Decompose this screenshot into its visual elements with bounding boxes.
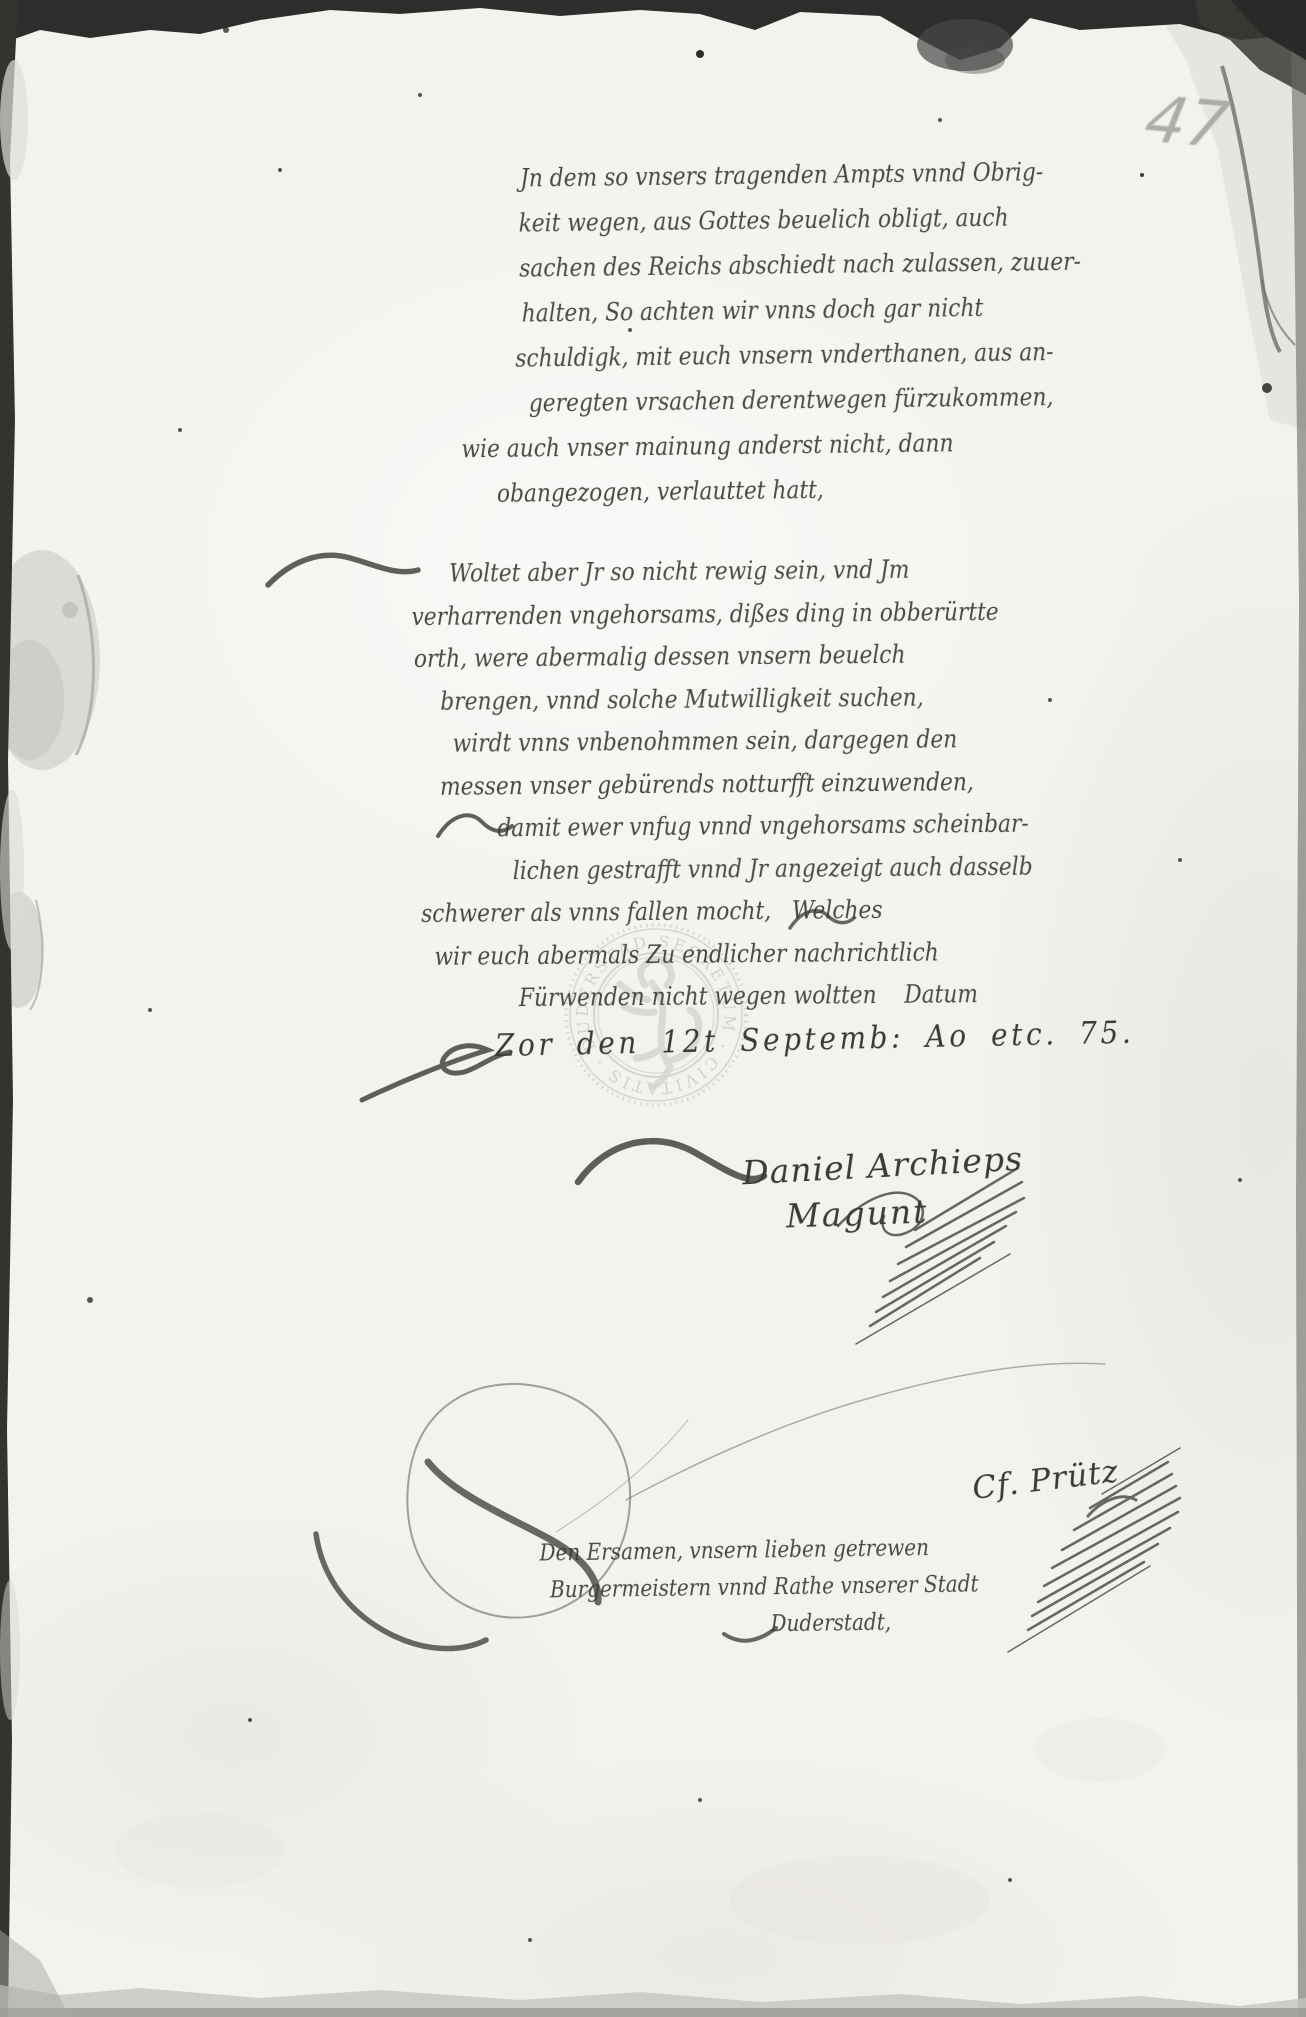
handwritten-line: damit ewer vnfug vnnd vngehorsams schein… xyxy=(497,803,1030,850)
handwritten-line: wie auch vnser mainung anderst nicht, da… xyxy=(461,419,1075,471)
handwritten-line: brengen, vnnd solche Mutwilligkeit suche… xyxy=(440,675,1022,723)
address-line: Duderstadt, xyxy=(770,1603,1008,1643)
handwritten-line: schwerer als vnns fallen mocht, Welches xyxy=(421,888,1021,936)
handwritten-line: Jn dem so vnsers tragenden Ampts vnnd Ob… xyxy=(520,149,1080,201)
handwritten-line: lichen gestrafft vnnd Jr angezeigt auch … xyxy=(513,845,1033,892)
handwritten-line: Woltet aber Jr so nicht rewig sein, vnd … xyxy=(449,548,1022,595)
handwritten-line: wir euch abermals Zu endlicher nachricht… xyxy=(434,930,1023,978)
handwritten-line: Fürwenden nicht wegen woltten Datum xyxy=(519,973,1035,1020)
handwritten-line: halten, So achten wir vnns doch gar nich… xyxy=(521,284,1081,336)
handwritten-line: wirdt vnns vnbenohmmen sein, dargegen de… xyxy=(452,718,1024,765)
handwritten-line: messen vnser gebürends notturfft einzuwe… xyxy=(440,760,1023,808)
handwritten-line: geregten vrsachen derentwegen fürzukomme… xyxy=(529,374,1084,426)
handwritten-line: verharrenden vngehorsams, dißes ding in … xyxy=(411,590,1017,638)
handwritten-line: schuldigk, mit euch vnsern vnderthanen, … xyxy=(515,329,1082,381)
handwritten-line: keit wegen, aus Gottes beuelich obligt, … xyxy=(518,194,1080,246)
flourish-dateline-swash xyxy=(362,1046,510,1100)
signature-see: Magunt xyxy=(785,1192,929,1236)
paragraph-2: Woltet aber Jr so nicht rewig sein, vnd … xyxy=(411,547,1112,1021)
handwritten-line: sachen des Reichs abschiedt nach zulasse… xyxy=(519,239,1081,291)
address-line: Den Ersamen, vnsern lieben getrewen xyxy=(539,1529,977,1572)
address-block: Den Ersamen, vnsern lieben getrewen Burg… xyxy=(539,1528,1043,1646)
manuscript-page: SECRETUM · CIVITATIS · DUDERSTADENSIS xyxy=(0,0,1306,2017)
handwritten-line: orth, were abermalig dessen vnsern beuel… xyxy=(414,633,1019,681)
torn-top-edge xyxy=(0,0,1306,60)
address-line: Burgermeistern vnnd Rathe vnserer Stadt xyxy=(550,1566,979,1609)
paragraph-1: Jn dem so vnsers tragenden Ampts vnnd Ob… xyxy=(458,148,1168,517)
flourish-paragraph2-lead xyxy=(268,555,418,585)
handwritten-line: obangezogen, verlauttet hatt, xyxy=(497,464,1081,516)
flourish-signature-swash xyxy=(578,1141,764,1182)
bottom-left-corner-shadow xyxy=(0,1930,70,2017)
